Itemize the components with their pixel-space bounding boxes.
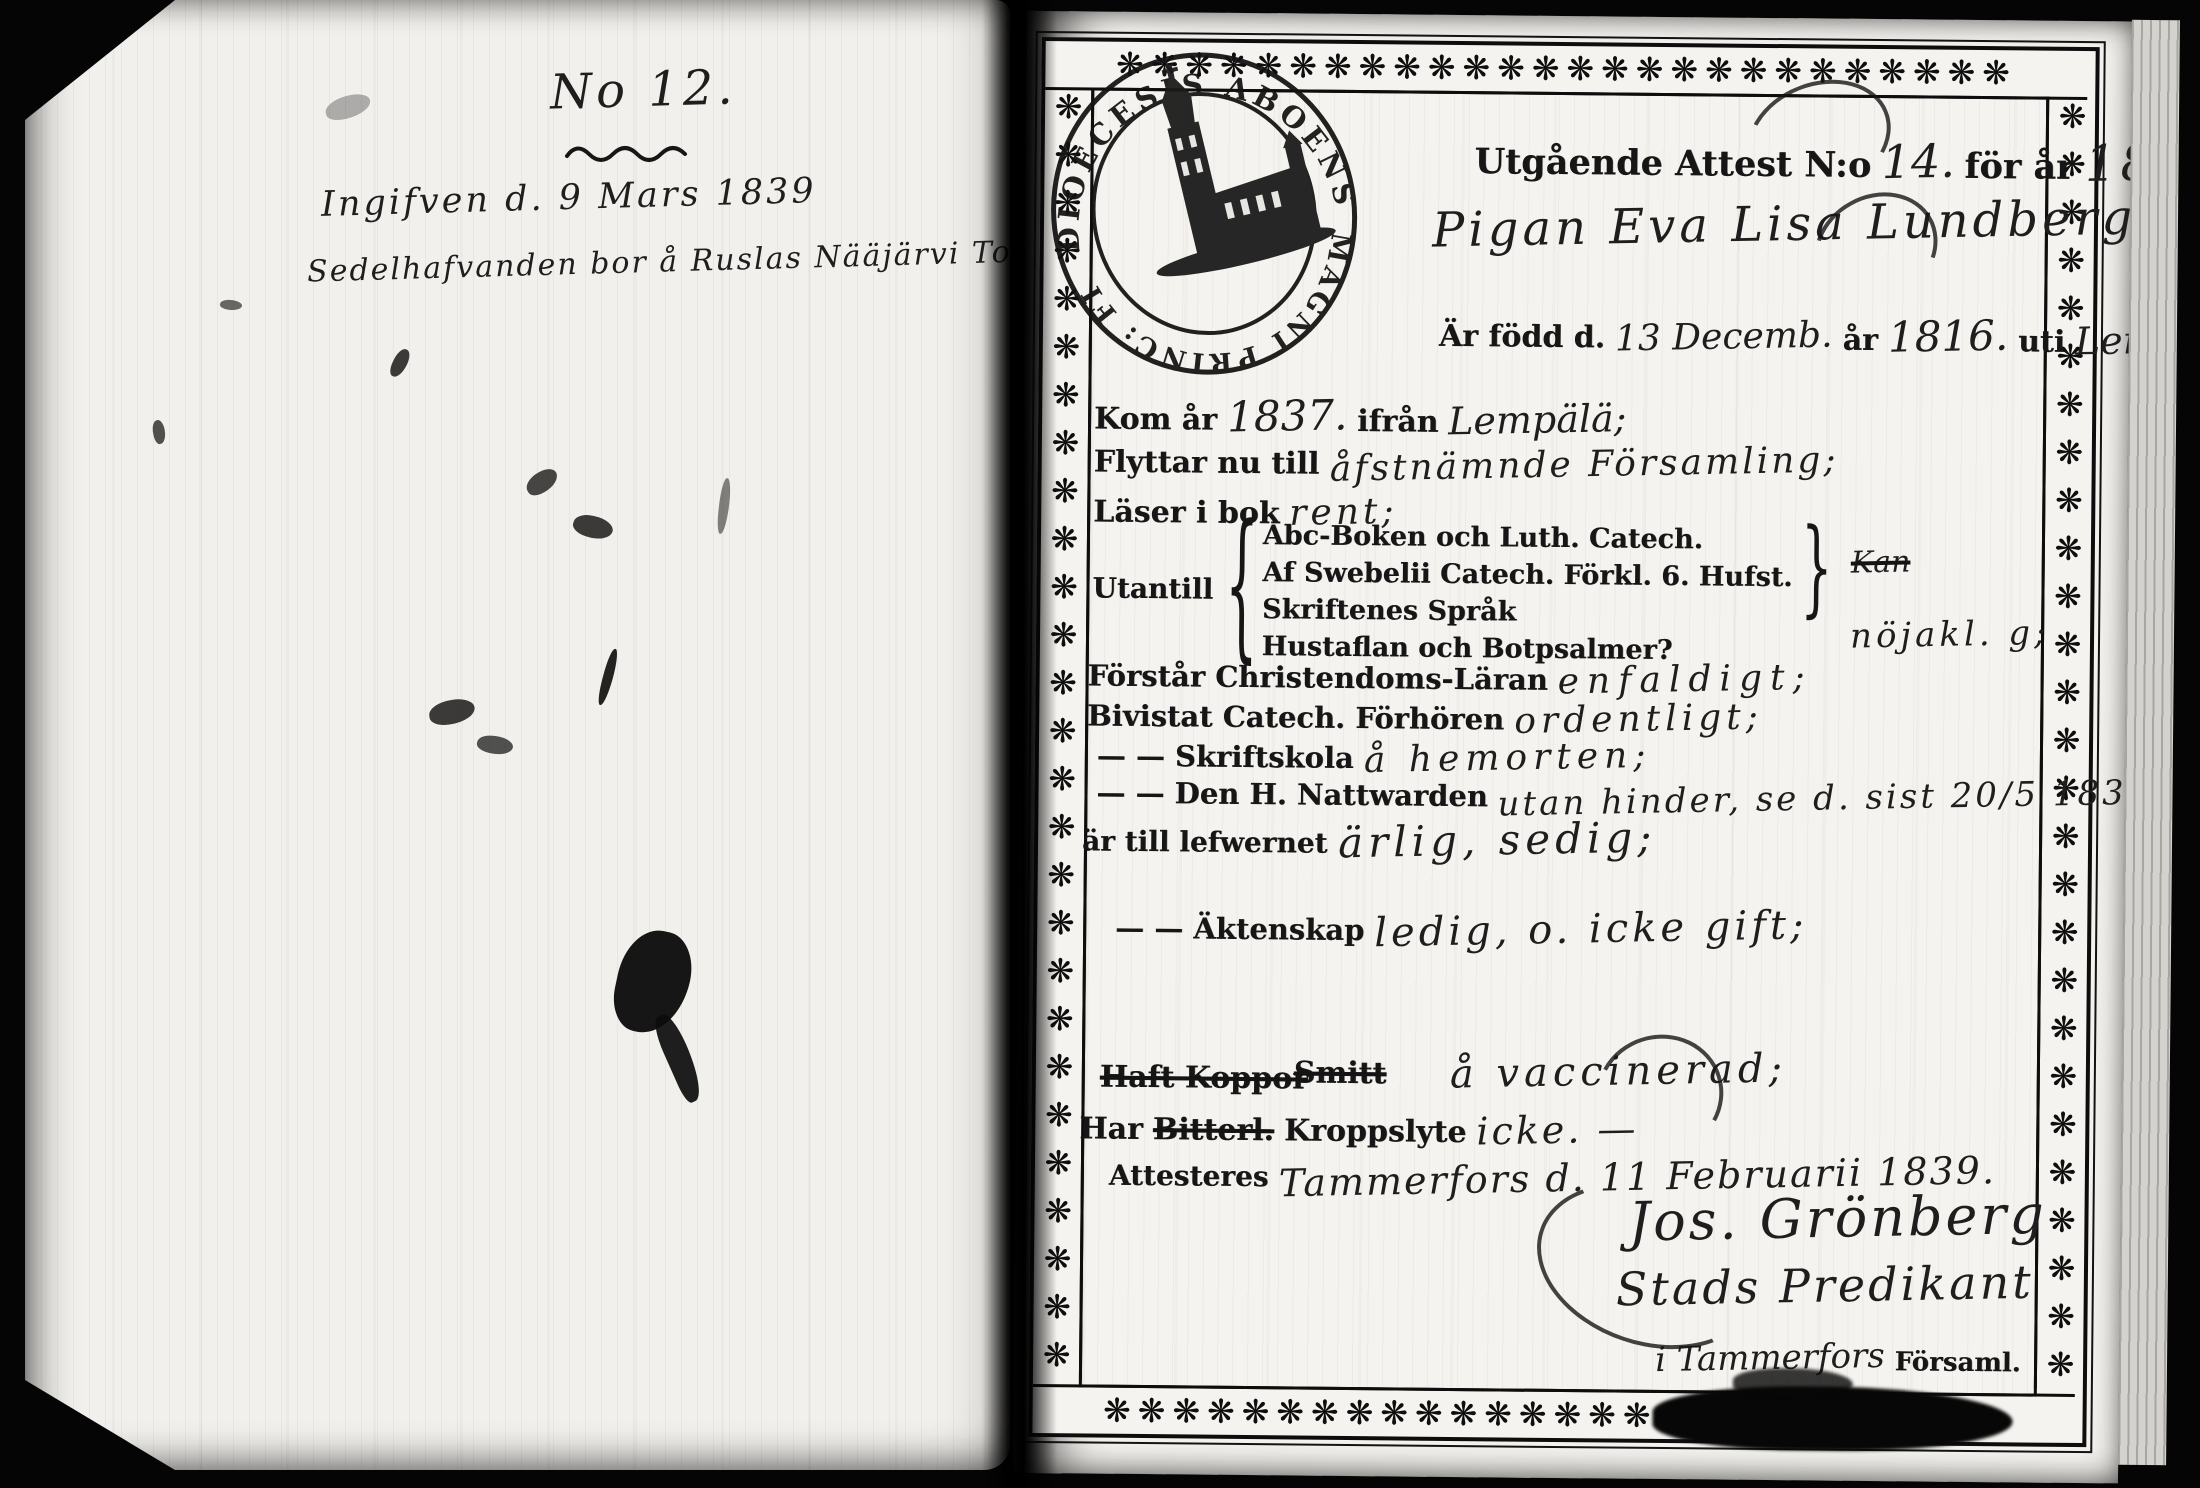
utantill-result: nöjakl. g;: [1850, 613, 2050, 657]
born-day: 13 Decemb.: [1615, 315, 1833, 360]
flyttar-line: Flyttar nu till åfstnämnde Församling;: [1094, 440, 1839, 488]
ink-blot-head: [607, 924, 699, 1041]
flyttar-label: Flyttar nu till: [1094, 445, 1320, 482]
bivistat-label: Bivistat Catech. Förhören: [1087, 698, 1504, 736]
aktenskap-value: ledig, o. icke gift;: [1374, 902, 1808, 956]
lefverne-line: är till lefwernet ärlig, sedig;: [1082, 811, 1656, 866]
attest-label: Attesteres: [1109, 1159, 1269, 1194]
ink-blot-stroke: [596, 648, 620, 707]
born-year: 1816.: [1888, 311, 2009, 362]
utantill-block: Utantill { Abc-Boken och Luth. Catech. A…: [1092, 516, 2051, 673]
born-place: Lempälä;: [2075, 316, 2132, 363]
ditto-dashes: — —: [1115, 911, 1183, 946]
kom-place: Lempälä;: [1448, 396, 1627, 443]
ink-blot-tail: [649, 1011, 708, 1105]
koppor-label: Haft Koppor: [1100, 1060, 1309, 1097]
flourish-underline: [563, 142, 703, 166]
received-line: Ingifven d. 9 Mars 1839: [321, 171, 818, 225]
ink-smudge: [716, 478, 732, 535]
ink-smudge: [571, 510, 616, 543]
ink-smudge: [388, 346, 413, 379]
lefverne-value: ärlig, sedig;: [1337, 812, 1656, 867]
right-page: ❋❋❋❋❋❋❋❋❋❋❋❋❋❋❋❋❋❋❋❋❋❋❋❋❋❋ ❋❋❋❋❋❋❋❋❋❋❋❋❋…: [1013, 11, 2132, 1484]
ink-smudge: [476, 732, 515, 757]
smitt-label: Smitt: [1294, 1055, 1387, 1091]
scanned-church-record: No 12. Ingifven d. 9 Mars 1839 Sedelhafv…: [0, 0, 2200, 1488]
archive-note-line: Sedelhafvanden bor å Ruslas Nääjärvi Tor…: [307, 233, 1010, 289]
aktenskap-line: — — Äktenskap ledig, o. icke gift;: [1115, 902, 1808, 955]
born-label: Är född d.: [1439, 319, 1606, 356]
utantill-item: Abc-Boken och Luth. Catech.: [1263, 517, 1794, 559]
skriftskola-label: Skriftskola: [1175, 739, 1354, 775]
kom-year: 1837.: [1227, 390, 1348, 441]
flyttar-destination: åfstnämnde Församling;: [1329, 440, 1839, 490]
doc-number: No 12.: [549, 59, 737, 120]
header-year: 1839: [2084, 132, 2132, 193]
nattvard-label: Den H. Nattwarden: [1174, 776, 1488, 813]
utantill-item: Af Swebelii Catech. Förkl. 6. Hufst.: [1262, 554, 1793, 596]
ink-smudge: [428, 697, 477, 727]
parish-printed: Församl.: [1895, 1347, 2021, 1378]
left-page: No 12. Ingifven d. 9 Mars 1839 Sedelhafv…: [25, 0, 1010, 1470]
ink-smear: [1733, 1368, 1853, 1399]
kom-line: Kom år 1837. ifrån Lempälä;: [1094, 390, 1627, 444]
ink-smudge: [323, 91, 373, 123]
born-line: Är född d. 13 Decemb. år 1816. uti Lempä…: [1439, 307, 2132, 364]
forstar-label: Förstår Christendoms-Läran: [1087, 658, 1548, 696]
utantill-open-brace: {: [1224, 494, 1259, 680]
header-for-ar: för år: [1964, 146, 2075, 188]
bitterl-label: Bitterl.: [1153, 1112, 1275, 1148]
ditto-dashes: — —: [1097, 739, 1165, 774]
attest-form: ❋❋❋❋❋❋❋❋❋❋❋❋❋❋❋❋❋❋❋❋❋❋❋❋❋❋ ❋❋❋❋❋❋❋❋❋❋❋❋❋…: [1028, 37, 2099, 1447]
utantill-label: Utantill: [1092, 572, 1213, 606]
born-year-label: år: [1843, 323, 1879, 358]
utantill-struck-note: Kan: [1850, 542, 2050, 581]
utantill-item: Skriftenes Språk: [1262, 591, 1793, 633]
kroppslyte-label: Kroppslyte: [1284, 1113, 1467, 1150]
ink-smudge: [151, 419, 168, 445]
kom-ifran-label: ifrån: [1357, 404, 1439, 440]
ditto-dashes: — —: [1096, 776, 1164, 811]
forstar-grade: enfaldigt;: [1558, 657, 1814, 703]
har-label: Har: [1079, 1111, 1143, 1147]
utantill-close-brace: }: [1800, 506, 1833, 628]
utantill-items: Abc-Boken och Luth. Catech. Af Swebelii …: [1262, 517, 1794, 670]
header-attest-number: 14.: [1881, 134, 1955, 189]
lefverne-label: är till lefwernet: [1082, 824, 1328, 859]
kroppslyte-line: Har Bitterl. Kroppslyte icke. —: [1079, 1103, 1639, 1152]
born-uti-label: uti: [2018, 324, 2065, 359]
ink-smudge: [219, 299, 242, 312]
ink-smudge: [522, 465, 561, 499]
book-gutter-shadow: [983, 0, 1057, 1488]
aktenskap-label: Äktenskap: [1193, 911, 1364, 947]
